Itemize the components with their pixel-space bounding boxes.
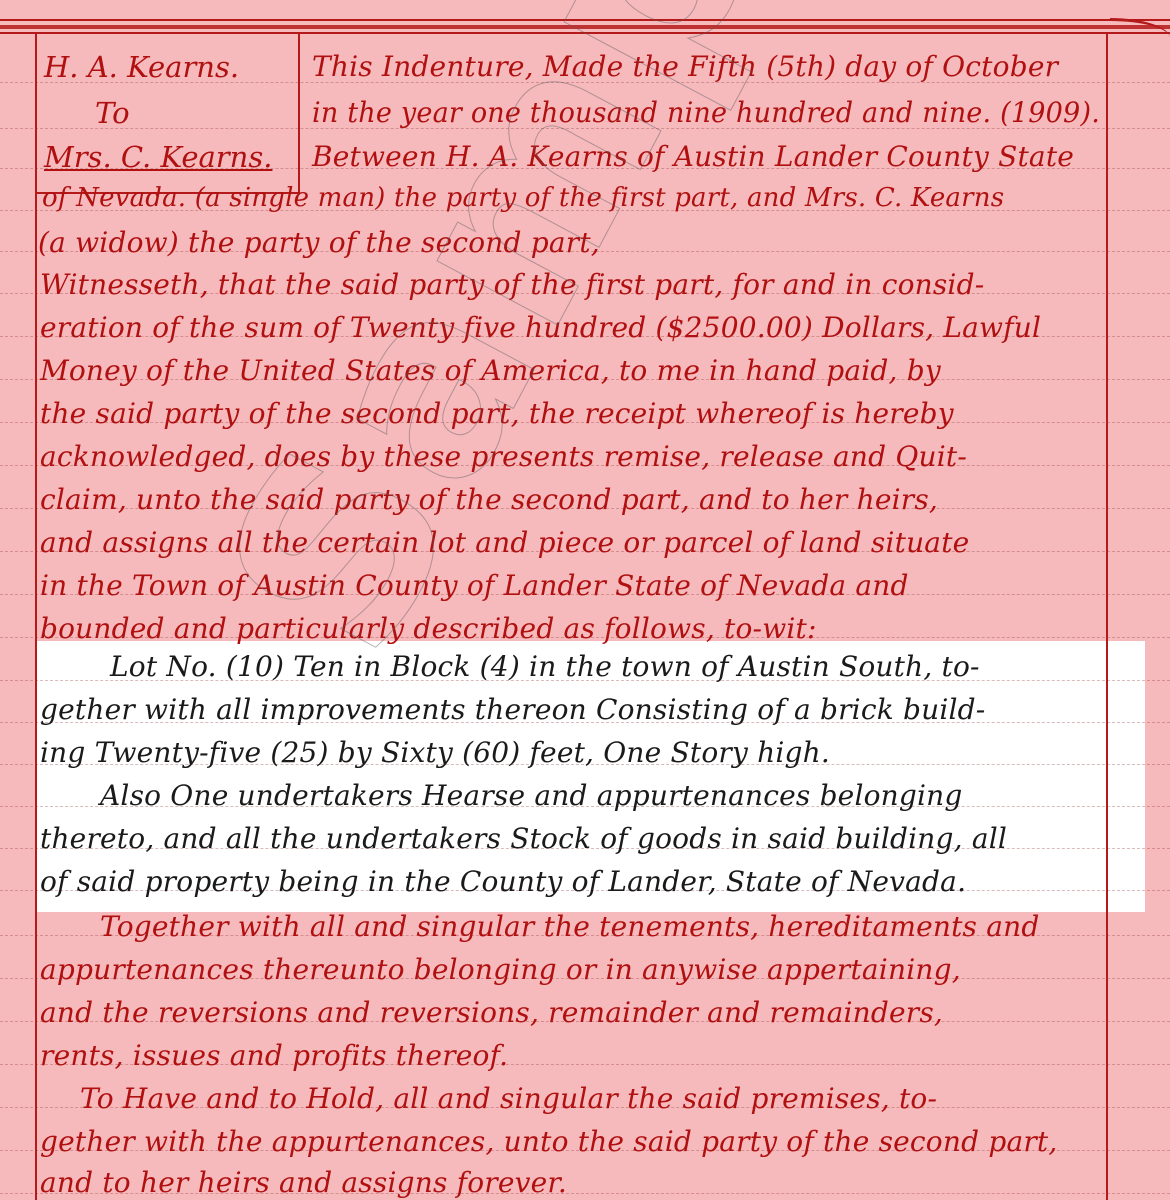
deed-line: and assigns all the certain lot and piec… [40,526,969,559]
grantor-name: H. A. Kearns. [44,50,294,84]
right-margin-line [1106,34,1108,1200]
deed-line: gether with the appurtenances, unto the … [40,1125,1057,1158]
deed-line: rents, issues and profits thereof. [40,1039,508,1072]
property-description-line: Also One undertakers Hearse and appurten… [100,779,963,812]
deed-line: acknowledged, does by these presents rem… [40,440,967,473]
deed-line: This Indenture, Made the Fifth (5th) day… [312,50,1058,83]
ledger-page: H. A. Kearns. To Mrs. C. Kearns. This In… [0,0,1170,1200]
top-border-rule [0,32,1170,34]
deed-line: bounded and particularly described as fo… [40,612,817,645]
property-description-line: gether with all improvements thereon Con… [40,693,985,726]
deed-line: in the Town of Austin County of Lander S… [40,569,909,602]
deed-line: Together with all and singular the tenem… [100,910,1039,943]
deed-line: and the reversions and reversions, remai… [40,996,943,1029]
deed-line: Between H. A. Kearns of Austin Lander Co… [312,140,1074,173]
deed-line: (a widow) the party of the second part, [38,226,600,259]
property-description-line: of said property being in the County of … [40,865,966,898]
deed-line: Witnesseth, that the said party of the f… [40,268,984,301]
deed-line: eration of the sum of Twenty five hundre… [40,311,1041,344]
deed-line: appurtenances thereunto belonging or in … [40,953,961,986]
property-description-line: thereto, and all the undertakers Stock o… [40,822,1007,855]
index-connector: To [95,96,345,130]
deed-line: of Nevada. (a single man) the party of t… [42,183,1004,213]
deed-line: in the year one thousand nine hundred an… [312,96,1100,129]
deed-line: Money of the United States of America, t… [40,354,941,387]
deed-line: the said party of the second part, the r… [40,397,954,430]
top-border-rule [0,19,1170,21]
top-border-curve [1110,18,1170,51]
deed-line: To Have and to Hold, all and singular th… [80,1082,937,1115]
deed-line: claim, unto the said party of the second… [40,483,938,516]
grantee-name: Mrs. C. Kearns. [44,140,294,174]
property-description-line: Lot No. (10) Ten in Block (4) in the tow… [110,650,980,683]
top-border-rule [0,25,1170,29]
left-margin-line [35,34,37,1200]
deed-line: and to her heirs and assigns forever. [40,1166,567,1199]
property-description-line: ing Twenty-five (25) by Sixty (60) feet,… [40,736,830,769]
